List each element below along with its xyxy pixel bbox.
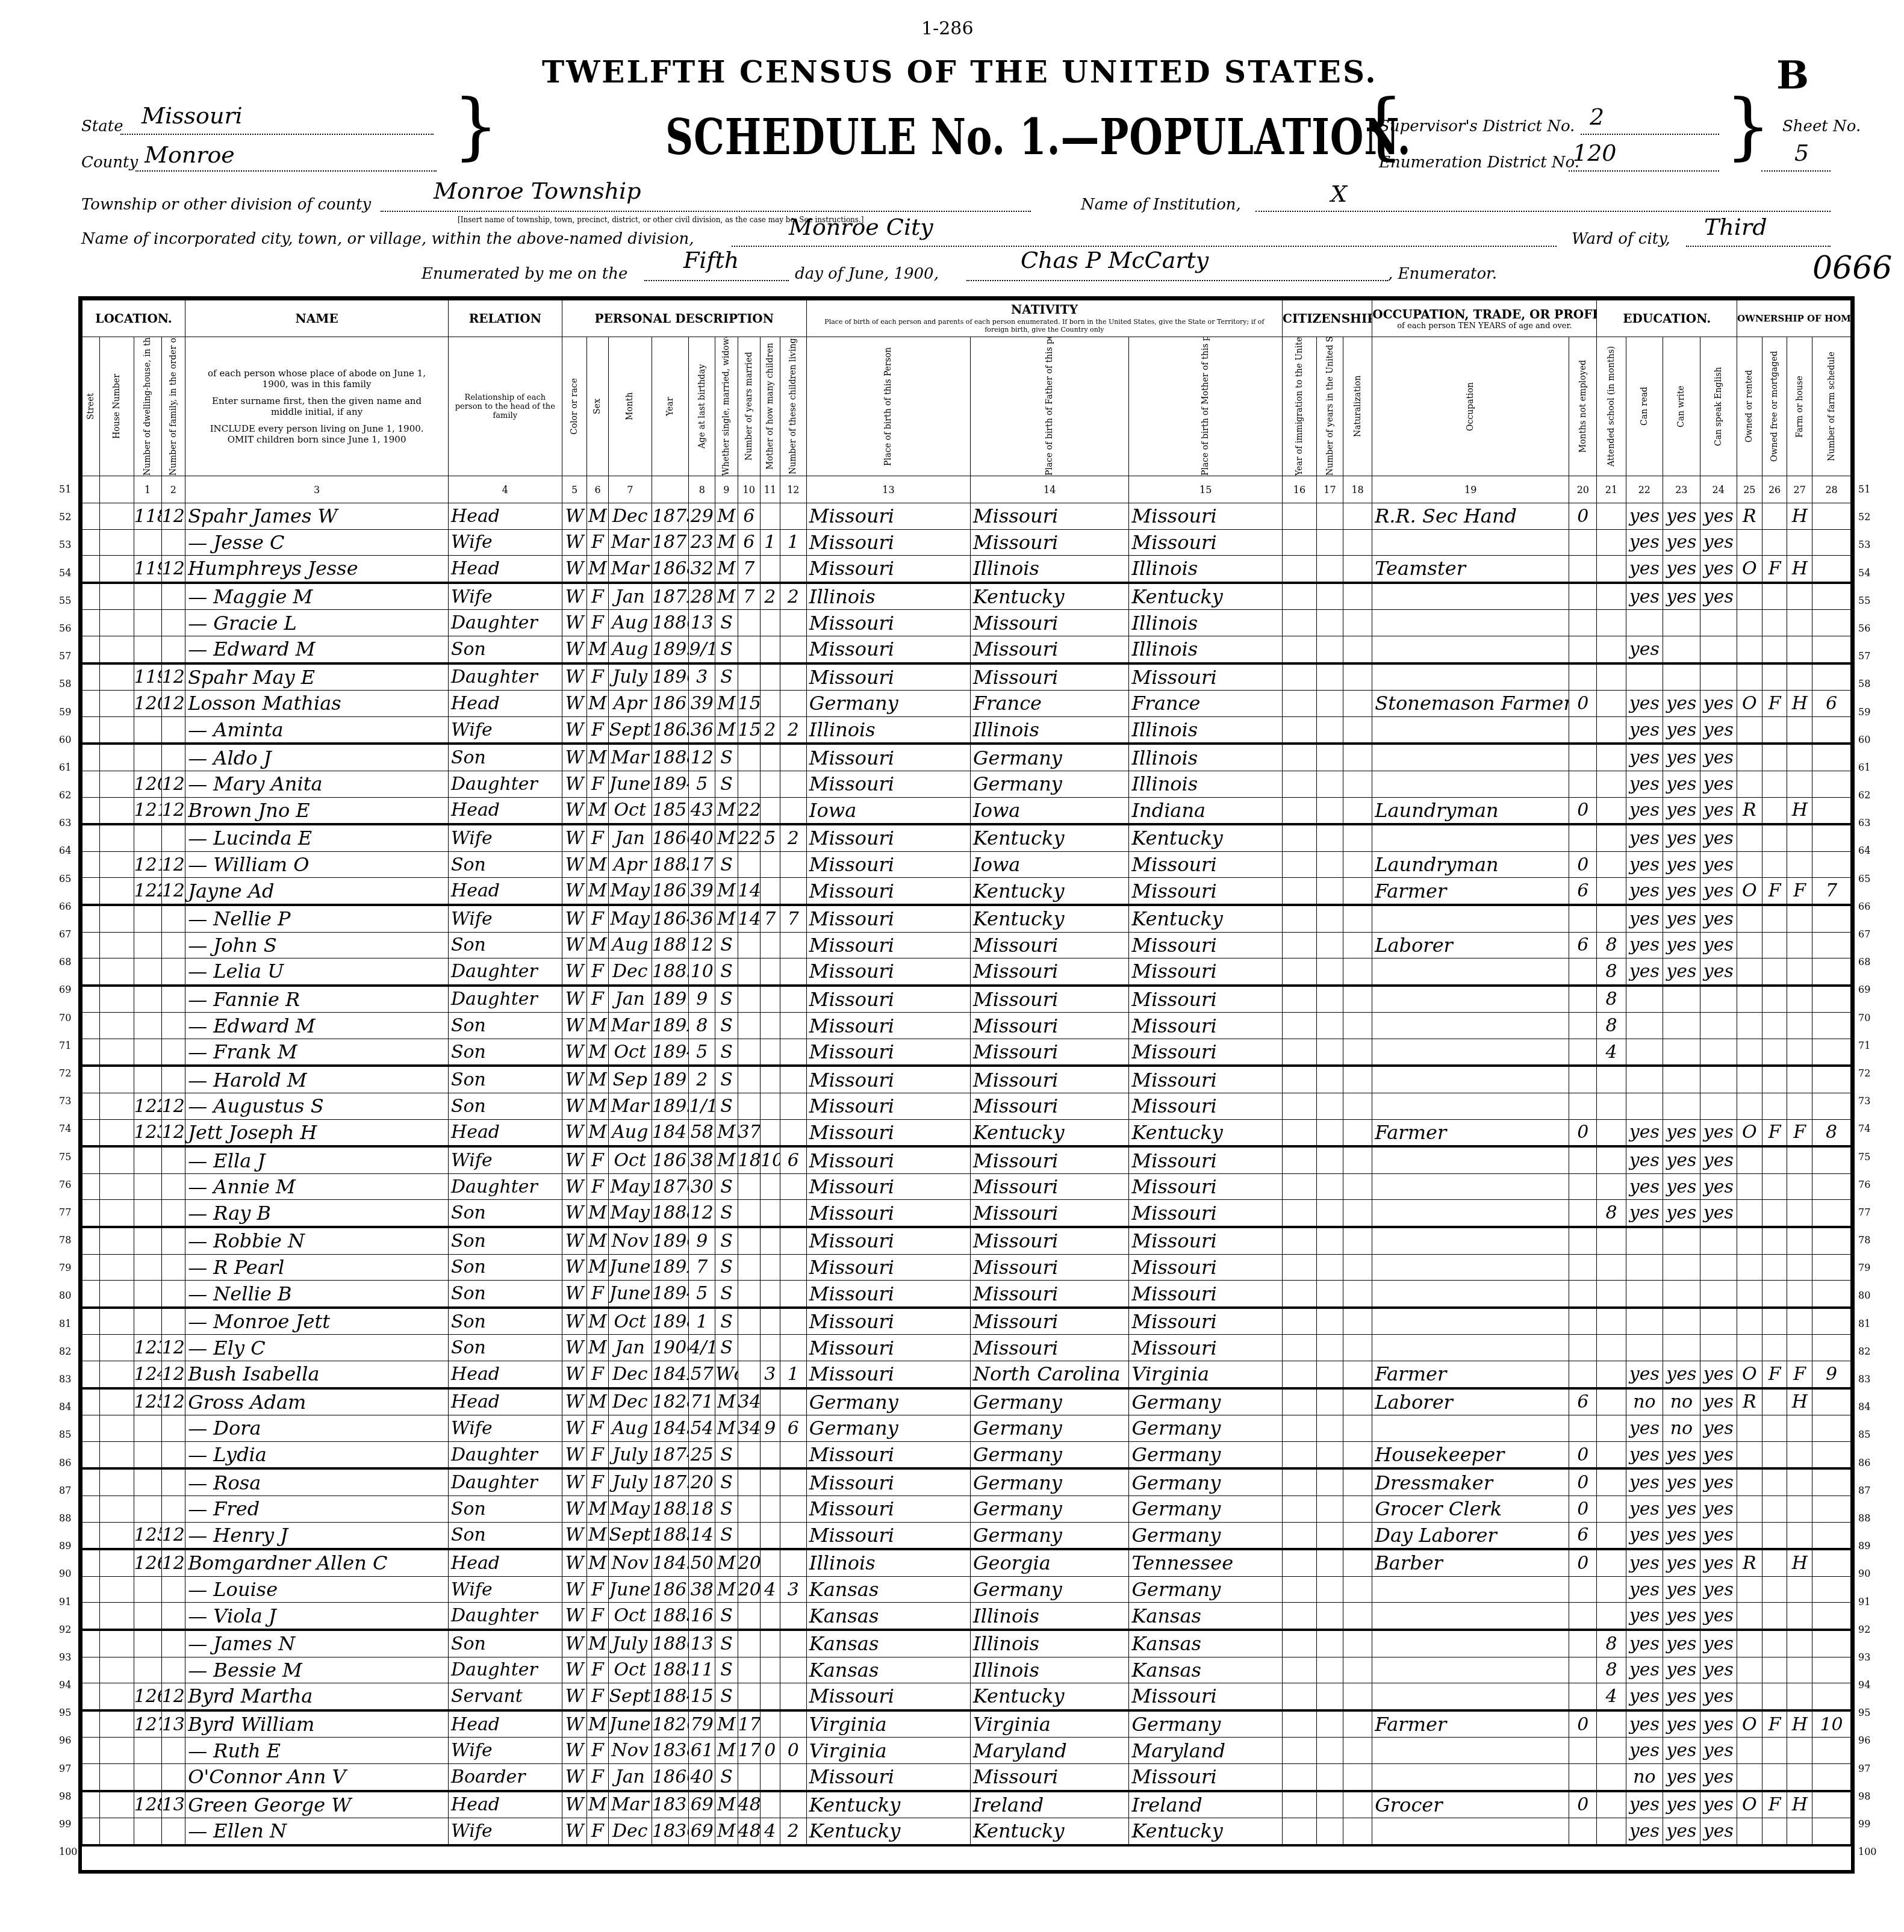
owned-or-rented-cell: [1737, 1066, 1762, 1093]
attended-school-cell: 8: [1597, 1013, 1626, 1039]
mother-of-children-cell: [760, 691, 780, 717]
column-subheader: House Number: [99, 337, 134, 476]
column-subheader: Month: [608, 337, 652, 476]
sex-cell: F: [587, 663, 608, 691]
relation-cell: Daughter: [448, 1173, 562, 1200]
owned-or-rented-cell: [1737, 932, 1762, 958]
empty-cell: [82, 503, 100, 530]
attended-school-cell: [1597, 1576, 1626, 1603]
family-number-cell: 129: [161, 1683, 185, 1710]
column-number: 12: [780, 476, 806, 503]
sex-cell: F: [587, 1361, 608, 1388]
line-number: 93: [59, 1644, 78, 1671]
dwelling-number-cell: [134, 986, 161, 1013]
person-name-cell: — R Pearl: [185, 1254, 449, 1281]
family-number-cell: [161, 1630, 185, 1657]
father-birthplace-cell: Kentucky: [971, 1818, 1129, 1845]
empty-cell: [1283, 1441, 1317, 1468]
marital-status-cell: S: [715, 1496, 738, 1522]
sex-cell: M: [587, 1630, 608, 1657]
birth-year-cell: 1886: [652, 610, 688, 636]
farm-or-house-cell: [1787, 583, 1812, 610]
empty-cell: [1317, 1441, 1343, 1468]
table-row: — Monroe JettSonWMOct18981SMissouriMisso…: [82, 1308, 1851, 1335]
occupation-cell: [1372, 1254, 1569, 1281]
mother-birthplace-cell: Germany: [1129, 1388, 1283, 1415]
mother-of-children-cell: 10: [760, 1146, 780, 1173]
column-subheader: Year of immigration to the United States: [1283, 337, 1317, 476]
free-or-mortgaged-cell: [1762, 1173, 1787, 1200]
empty-cell: [99, 1093, 134, 1120]
farm-or-house-cell: [1787, 1254, 1812, 1281]
race-cell: W: [562, 1066, 587, 1093]
occupation-cell: Grocer: [1372, 1791, 1569, 1818]
mother-of-children-cell: [760, 503, 780, 530]
person-name-cell: Spahr James W: [185, 503, 449, 530]
empty-cell: [1317, 1603, 1343, 1630]
father-birthplace-cell: Illinois: [971, 716, 1129, 744]
birth-month-cell: Apr: [608, 691, 652, 717]
line-numbers-right: 5152535455565758596061626364656667686970…: [1858, 476, 1877, 1866]
free-or-mortgaged-cell: [1762, 1576, 1787, 1603]
sex-cell: M: [587, 932, 608, 958]
family-number-cell: [161, 1657, 185, 1683]
birth-month-cell: Dec: [608, 503, 652, 530]
table-row: 118121Spahr James WHeadWMDec187329M6Miss…: [82, 503, 1851, 530]
race-cell: W: [562, 1603, 587, 1630]
years-married-cell: [738, 1254, 760, 1281]
column-number: 18: [1343, 476, 1372, 503]
empty-cell: [99, 1603, 134, 1630]
owned-or-rented-cell: O: [1737, 556, 1762, 583]
empty-cell: [1283, 1227, 1317, 1254]
mother-of-children-cell: [760, 797, 780, 824]
column-subheader-label: Whether single, married, widowed, or div…: [721, 337, 731, 476]
months-not-employed-cell: 0: [1569, 797, 1597, 824]
empty-cell: [1317, 1173, 1343, 1200]
marital-status-cell: Wd: [715, 1361, 738, 1388]
empty-cell: [1343, 691, 1372, 717]
can-read-cell: [1626, 1308, 1663, 1335]
can-speak-english-cell: yes: [1700, 851, 1737, 878]
birth-month-cell: Oct: [608, 1657, 652, 1683]
mother-of-children-cell: [760, 1119, 780, 1146]
occupation-cell: [1372, 1657, 1569, 1683]
owned-or-rented-cell: O: [1737, 878, 1762, 905]
family-number-cell: [161, 986, 185, 1013]
county-line: [135, 170, 437, 172]
years-married-cell: 15: [738, 691, 760, 717]
months-not-employed-cell: [1569, 1576, 1597, 1603]
marital-status-cell: S: [715, 1013, 738, 1039]
relation-cell: Son: [448, 932, 562, 958]
column-number: 14: [971, 476, 1129, 503]
empty-cell: [1283, 529, 1317, 556]
empty-cell: [1283, 878, 1317, 905]
marital-status-cell: S: [715, 1308, 738, 1335]
birth-year-cell: 1883: [652, 851, 688, 878]
father-birthplace-cell: Germany: [971, 771, 1129, 797]
years-married-cell: 34: [738, 1415, 760, 1442]
family-number-cell: [161, 1738, 185, 1764]
birthplace-cell: Missouri: [806, 1146, 970, 1173]
race-cell: W: [562, 1308, 587, 1335]
family-number-cell: [161, 744, 185, 771]
person-name-cell: — Lydia: [185, 1441, 449, 1468]
race-cell: W: [562, 771, 587, 797]
farm-schedule-number-cell: [1812, 1818, 1851, 1845]
mother-birthplace-cell: Kansas: [1129, 1657, 1283, 1683]
birth-month-cell: Aug: [608, 636, 652, 663]
line-number: 52: [1858, 503, 1877, 531]
marital-status-cell: S: [715, 986, 738, 1013]
population-schedule-table: LOCATION. NAME RELATION PERSONAL DESCRIP…: [78, 296, 1855, 1874]
line-number: 71: [1858, 1032, 1877, 1060]
birthplace-cell: Missouri: [806, 663, 970, 691]
sex-cell: F: [587, 1683, 608, 1710]
citizenship-header: CITIZENSHIP.: [1283, 300, 1372, 337]
father-birthplace-cell: Missouri: [971, 1308, 1129, 1335]
years-married-cell: [738, 663, 760, 691]
age-cell: 61: [689, 1738, 715, 1764]
line-number: 68: [59, 948, 78, 976]
birth-year-cell: 1828: [652, 1388, 688, 1415]
family-number-cell: 127: [161, 1361, 185, 1388]
empty-cell: [99, 1361, 134, 1388]
can-speak-english-cell: yes: [1700, 1496, 1737, 1522]
table-row: 122125— Augustus SSonWMMar18991/12SMisso…: [82, 1093, 1851, 1120]
line-number: 92: [1858, 1616, 1877, 1644]
empty-cell: [99, 824, 134, 851]
can-write-cell: yes: [1663, 744, 1700, 771]
can-speak-english-cell: yes: [1700, 1119, 1737, 1146]
father-birthplace-cell: Germany: [971, 1522, 1129, 1549]
mother-of-children-cell: [760, 1335, 780, 1361]
farm-schedule-number-cell: [1812, 1039, 1851, 1066]
years-married-cell: [738, 636, 760, 663]
person-name-cell: — William O: [185, 851, 449, 878]
dwelling-number-cell: 124: [134, 1361, 161, 1388]
farm-schedule-number-cell: 7: [1812, 878, 1851, 905]
birth-year-cell: 1841: [652, 1119, 688, 1146]
column-subheader: Color or race: [562, 337, 587, 476]
column-number: 7: [608, 476, 652, 503]
table-row: 123126Jett Joseph HHeadWMAug184158M37Mis…: [82, 1119, 1851, 1146]
empty-cell: [1317, 503, 1343, 530]
sex-cell: F: [587, 529, 608, 556]
mother-of-children-cell: 9: [760, 1415, 780, 1442]
table-row: — Ella JWifeWFOct186138M18106MissouriMis…: [82, 1146, 1851, 1173]
farm-schedule-number-cell: [1812, 797, 1851, 824]
empty-cell: [99, 1039, 134, 1066]
empty-cell: [1343, 1657, 1372, 1683]
father-birthplace-cell: Missouri: [971, 610, 1129, 636]
township-value: Monroe Township: [434, 178, 641, 204]
mother-of-children-cell: [760, 1763, 780, 1791]
empty-cell: [1283, 1603, 1317, 1630]
children-living-cell: [780, 1093, 806, 1120]
months-not-employed-cell: [1569, 1683, 1597, 1710]
mother-birthplace-cell: Missouri: [1129, 1683, 1283, 1710]
years-married-cell: [738, 1361, 760, 1388]
children-living-cell: [780, 1066, 806, 1093]
father-birthplace-cell: Virginia: [971, 1710, 1129, 1738]
empty-cell: [82, 1173, 100, 1200]
birthplace-cell: Missouri: [806, 636, 970, 663]
children-living-cell: [780, 1710, 806, 1738]
mother-of-children-cell: [760, 932, 780, 958]
mother-birthplace-cell: Kentucky: [1129, 583, 1283, 610]
children-living-cell: [780, 1173, 806, 1200]
mother-birthplace-cell: Missouri: [1129, 851, 1283, 878]
months-not-employed-cell: [1569, 1254, 1597, 1281]
farm-schedule-number-cell: [1812, 716, 1851, 744]
june-label: day of June, 1900,: [795, 265, 939, 283]
can-speak-english-cell: yes: [1700, 958, 1737, 986]
relation-cell: Head: [448, 556, 562, 583]
empty-cell: [1317, 1576, 1343, 1603]
can-speak-english-cell: yes: [1700, 797, 1737, 824]
children-living-cell: [780, 932, 806, 958]
can-write-cell: yes: [1663, 878, 1700, 905]
empty-cell: [99, 1630, 134, 1657]
mother-birthplace-cell: Missouri: [1129, 1093, 1283, 1120]
can-write-cell: yes: [1663, 1361, 1700, 1388]
empty-cell: [99, 503, 134, 530]
table-row: 128131Green George WHeadWMMar183169M48Ke…: [82, 1791, 1851, 1818]
mother-of-children-cell: [760, 1441, 780, 1468]
attended-school-cell: [1597, 1146, 1626, 1173]
children-living-cell: 3: [780, 1576, 806, 1603]
free-or-mortgaged-cell: [1762, 771, 1787, 797]
attended-school-cell: 4: [1597, 1039, 1626, 1066]
column-subheader: Can speak English: [1700, 337, 1737, 476]
father-birthplace-cell: Kentucky: [971, 824, 1129, 851]
line-number: 66: [59, 893, 78, 921]
person-name-cell: — Annie M: [185, 1173, 449, 1200]
table-row: 126129Bomgardner Allen CHeadWMNov184950M…: [82, 1549, 1851, 1576]
free-or-mortgaged-cell: F: [1762, 1361, 1787, 1388]
can-write-cell: yes: [1663, 1630, 1700, 1657]
line-number: 70: [59, 1004, 78, 1032]
table-row: — John SSonWMAug188712SMissouriMissouriM…: [82, 932, 1851, 958]
relation-cell: Son: [448, 1281, 562, 1308]
column-number: 16: [1283, 476, 1317, 503]
owned-or-rented-cell: [1737, 1254, 1762, 1281]
mother-birthplace-cell: Missouri: [1129, 986, 1283, 1013]
can-read-cell: yes: [1626, 905, 1663, 932]
can-write-cell: yes: [1663, 1522, 1700, 1549]
marital-status-cell: S: [715, 1630, 738, 1657]
person-name-cell: — Jesse C: [185, 529, 449, 556]
person-name-cell: Spahr May E: [185, 663, 449, 691]
can-read-cell: yes: [1626, 1468, 1663, 1496]
ward-value: Third: [1704, 214, 1767, 240]
can-read-cell: yes: [1626, 1710, 1663, 1738]
occupation-cell: [1372, 1039, 1569, 1066]
empty-cell: [82, 1200, 100, 1227]
line-number: 99: [1858, 1810, 1877, 1838]
birth-month-cell: June: [608, 771, 652, 797]
years-married-cell: [738, 1013, 760, 1039]
state-value: Missouri: [142, 102, 243, 129]
father-birthplace-cell: Germany: [971, 1496, 1129, 1522]
dwelling-number-cell: [134, 1818, 161, 1845]
dwelling-number-cell: [134, 1173, 161, 1200]
empty-cell: [1283, 1522, 1317, 1549]
age-cell: 18: [689, 1496, 715, 1522]
institution-value: X: [1331, 181, 1347, 207]
family-number-cell: [161, 1281, 185, 1308]
father-birthplace-cell: Missouri: [971, 932, 1129, 958]
empty-cell: [82, 1013, 100, 1039]
empty-cell: [1317, 797, 1343, 824]
months-not-employed-cell: 0: [1569, 691, 1597, 717]
years-married-cell: [738, 1227, 760, 1254]
empty-cell: [99, 1254, 134, 1281]
children-living-cell: [780, 1657, 806, 1683]
family-number-cell: 123: [161, 691, 185, 717]
farm-schedule-number-cell: 8: [1812, 1119, 1851, 1146]
empty-cell: [82, 905, 100, 932]
table-row: 127130Byrd WilliamHeadWMJune182079M17Vir…: [82, 1710, 1851, 1738]
farm-or-house-cell: [1787, 1227, 1812, 1254]
can-speak-english-cell: yes: [1700, 1200, 1737, 1227]
can-read-cell: yes: [1626, 1818, 1663, 1845]
column-subheader: Age at last birthday: [689, 337, 715, 476]
sex-cell: F: [587, 771, 608, 797]
age-cell: 40: [689, 1763, 715, 1791]
can-write-cell: [1663, 1227, 1700, 1254]
sex-cell: M: [587, 1227, 608, 1254]
months-not-employed-cell: [1569, 1603, 1597, 1630]
farm-or-house-cell: [1787, 1496, 1812, 1522]
occupation-cell: [1372, 636, 1569, 663]
farm-schedule-number-cell: [1812, 744, 1851, 771]
age-cell: 12: [689, 1200, 715, 1227]
person-name-cell: Green George W: [185, 1791, 449, 1818]
marital-status-cell: S: [715, 958, 738, 986]
empty-cell: [1343, 905, 1372, 932]
can-read-cell: yes: [1626, 529, 1663, 556]
farm-or-house-cell: [1787, 1603, 1812, 1630]
father-birthplace-cell: Missouri: [971, 1093, 1129, 1120]
empty-cell: [1283, 1146, 1317, 1173]
column-number: 9: [715, 476, 738, 503]
line-number: 81: [1858, 1310, 1877, 1338]
line-number: 71: [59, 1032, 78, 1060]
empty-cell: [1283, 1763, 1317, 1791]
empty-cell: [99, 1173, 134, 1200]
family-number-cell: 125: [161, 878, 185, 905]
empty-cell: [82, 1415, 100, 1442]
attended-school-cell: [1597, 716, 1626, 744]
farm-schedule-number-cell: [1812, 1468, 1851, 1496]
empty-cell: [1283, 1683, 1317, 1710]
free-or-mortgaged-cell: [1762, 905, 1787, 932]
relation-cell: Wife: [448, 1818, 562, 1845]
birth-month-cell: Jan: [608, 986, 652, 1013]
can-speak-english-cell: yes: [1700, 1683, 1737, 1710]
empty-cell: [82, 1227, 100, 1254]
race-cell: W: [562, 1576, 587, 1603]
empty-cell: [1283, 691, 1317, 717]
children-living-cell: 2: [780, 824, 806, 851]
birthplace-cell: Missouri: [806, 851, 970, 878]
can-read-cell: yes: [1626, 824, 1663, 851]
age-cell: 13: [689, 610, 715, 636]
person-name-cell: — Ruth E: [185, 1738, 449, 1764]
empty-cell: [1283, 771, 1317, 797]
occupation-title: OCCUPATION, TRADE, OR PROFESSION: [1372, 307, 1597, 321]
attended-school-cell: [1597, 1335, 1626, 1361]
father-birthplace-cell: Illinois: [971, 1603, 1129, 1630]
line-number: 84: [59, 1393, 78, 1421]
empty-cell: [99, 1683, 134, 1710]
occupation-cell: Laundryman: [1372, 851, 1569, 878]
birth-month-cell: June: [608, 1576, 652, 1603]
farm-schedule-number-cell: [1812, 610, 1851, 636]
birthplace-cell: Missouri: [806, 1254, 970, 1281]
relation-cell: Daughter: [448, 958, 562, 986]
free-or-mortgaged-cell: [1762, 851, 1787, 878]
empty-cell: [1343, 986, 1372, 1013]
attended-school-cell: [1597, 556, 1626, 583]
birthplace-cell: Missouri: [806, 1093, 970, 1120]
can-speak-english-cell: yes: [1700, 1441, 1737, 1468]
birth-year-cell: 1874: [652, 1441, 688, 1468]
occupation-cell: [1372, 905, 1569, 932]
father-birthplace-cell: Missouri: [971, 986, 1129, 1013]
empty-cell: [1283, 1013, 1317, 1039]
father-birthplace-cell: Ireland: [971, 1791, 1129, 1818]
empty-cell: [1317, 1657, 1343, 1683]
farm-schedule-number-cell: [1812, 1066, 1851, 1093]
mother-of-children-cell: [760, 1388, 780, 1415]
birthplace-cell: Missouri: [806, 503, 970, 530]
family-number-cell: 125: [161, 1093, 185, 1120]
race-cell: W: [562, 1335, 587, 1361]
marital-status-cell: M: [715, 529, 738, 556]
family-number-cell: [161, 1039, 185, 1066]
empty-cell: [1343, 1039, 1372, 1066]
race-cell: W: [562, 716, 587, 744]
name-note: Enter surname first, then the given name…: [204, 396, 430, 417]
years-married-cell: [738, 1630, 760, 1657]
county-value: Monroe: [145, 141, 235, 168]
occupation-cell: Farmer: [1372, 1361, 1569, 1388]
can-write-cell: yes: [1663, 556, 1700, 583]
column-subheader-label: Number of dwelling-house, in the order o…: [143, 337, 152, 476]
farm-or-house-cell: H: [1787, 797, 1812, 824]
farm-schedule-number-cell: 10: [1812, 1710, 1851, 1738]
empty-cell: [1283, 1738, 1317, 1764]
owned-or-rented-cell: [1737, 663, 1762, 691]
birthplace-cell: Germany: [806, 1388, 970, 1415]
children-living-cell: [780, 610, 806, 636]
marital-status-cell: M: [715, 1119, 738, 1146]
table-row: O'Connor Ann VBoarderWFJan186040SMissour…: [82, 1763, 1851, 1791]
empty-cell: [82, 1549, 100, 1576]
months-not-employed-cell: [1569, 1818, 1597, 1845]
column-subheader: Place of birth of Mother of this person: [1129, 337, 1283, 476]
can-read-cell: yes: [1626, 503, 1663, 530]
can-write-cell: [1663, 663, 1700, 691]
state-label: State: [81, 117, 123, 135]
empty-cell: [1343, 1281, 1372, 1308]
birth-year-cell: 1890: [652, 1227, 688, 1254]
dwelling-number-cell: [134, 529, 161, 556]
